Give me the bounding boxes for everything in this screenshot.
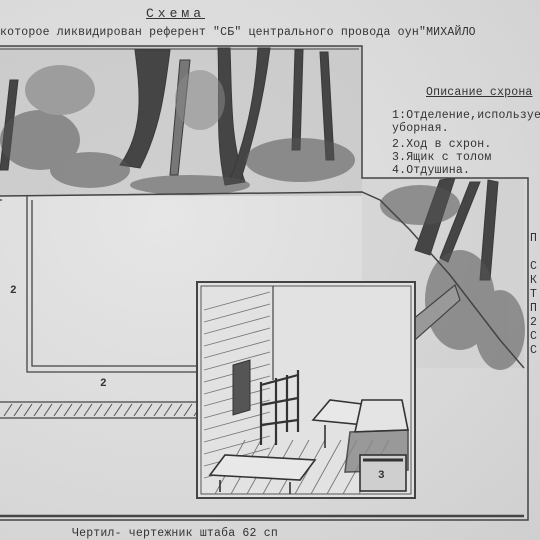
legend-item: 3.Ящик с толом [392, 152, 491, 164]
document-subtitle: которое ликвидирован референт "СБ" центр… [0, 26, 476, 39]
schematic-drawing [0, 0, 540, 540]
legend-item: 2.Ход в схрон. [392, 139, 491, 151]
right-column-fragment: П С К Т П 2 С С [530, 232, 537, 358]
bunker-room [197, 282, 415, 498]
legend-title: Описание схрона [426, 86, 533, 99]
hatched-strip [4, 404, 202, 416]
drafter-caption: Чертил- чертежник штаба 62 сп [72, 527, 278, 540]
label-passage-horizontal: 2 [100, 378, 107, 390]
legend-item: уборная. [392, 123, 449, 135]
legend-item: 4.Отдушина. [392, 165, 470, 177]
label-chest: 3 [378, 470, 385, 482]
label-passage-vertical: 2 [10, 285, 17, 297]
passage-walls [0, 196, 197, 418]
legend-item: 1:Отделение,используется как [392, 110, 540, 122]
document-title: Схема [146, 6, 205, 21]
